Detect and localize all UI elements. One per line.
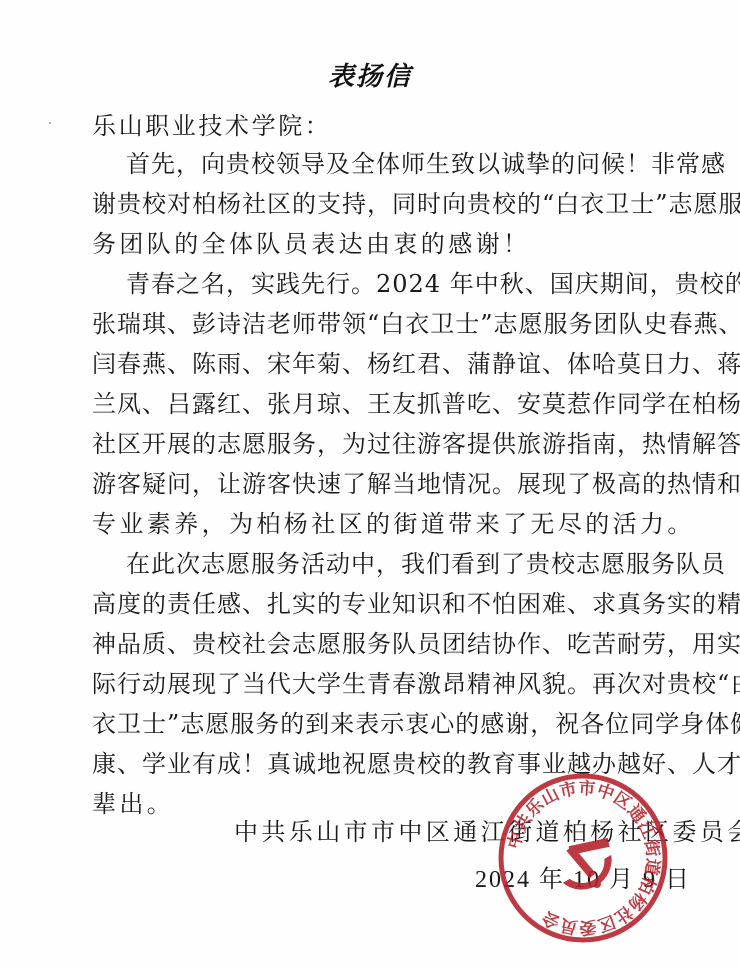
salutation: 乐山职业技术学院： [92,108,331,144]
body-line: 专业素养，为柏杨社区的街道带来了无尽的活力。 [92,504,654,544]
letter-title: 表扬信 [0,56,740,93]
body-line: 衣卫士”志愿服务的到来表示衷心的感谢，祝各位同学身体健 [92,704,654,744]
letter-body: 首先，向贵校领导及全体师生致以诚挚的问候！非常感 谢贵校对柏杨社区的支持，同时向… [92,144,654,824]
body-line: 康、学业有成！真诚地祝愿贵校的教育事业越办越好、人才 [92,744,654,784]
signature-organization: 中共乐山市市中区通江街道柏杨社区委员会 [234,814,740,850]
body-line: 青春之名，实践先行。2024 年中秋、国庆期间，贵校的 [92,264,654,304]
body-line: 在此次志愿服务活动中，我们看到了贵校志愿服务队员 [92,544,654,584]
body-line: 际行动展现了当代大学生青春激昂精神风貌。再次对贵校“白 [92,664,654,704]
body-line: 首先，向贵校领导及全体师生致以诚挚的问候！非常感 [92,144,654,184]
body-line: 神品质、贵校社会志愿服务队员团结协作、吃苦耐劳，用实 [92,624,654,664]
body-line: 游客疑问，让游客快速了解当地情况。展现了极高的热情和 [92,464,654,504]
body-line: 兰凤、吕露红、张月琼、王友抓普吃、安莫惹作同学在柏杨 [92,384,654,424]
body-line: 谢贵校对柏杨社区的支持，同时向贵校的“白衣卫士”志愿服 [92,184,654,224]
signature-date: 2024 年 10 月 9 日 [475,862,691,898]
body-line: 务团队的全体队员表达由衷的感谢！ [92,224,654,264]
scan-speck [49,122,51,124]
letter-page: 表扬信 乐山职业技术学院： 首先，向贵校领导及全体师生致以诚挚的问候！非常感 谢… [0,0,740,970]
body-line: 社区开展的志愿服务，为过往游客提供旅游指南，热情解答 [92,424,654,464]
body-line: 高度的责任感、扎实的专业知识和不怕困难、求真务实的精 [92,584,654,624]
body-line: 张瑞琪、彭诗洁老师带领“白衣卫士”志愿服务团队史春燕、 [92,304,654,344]
body-line: 闫春燕、陈雨、宋年菊、杨红君、蒲静谊、体哈莫日力、蒋 [92,344,654,384]
